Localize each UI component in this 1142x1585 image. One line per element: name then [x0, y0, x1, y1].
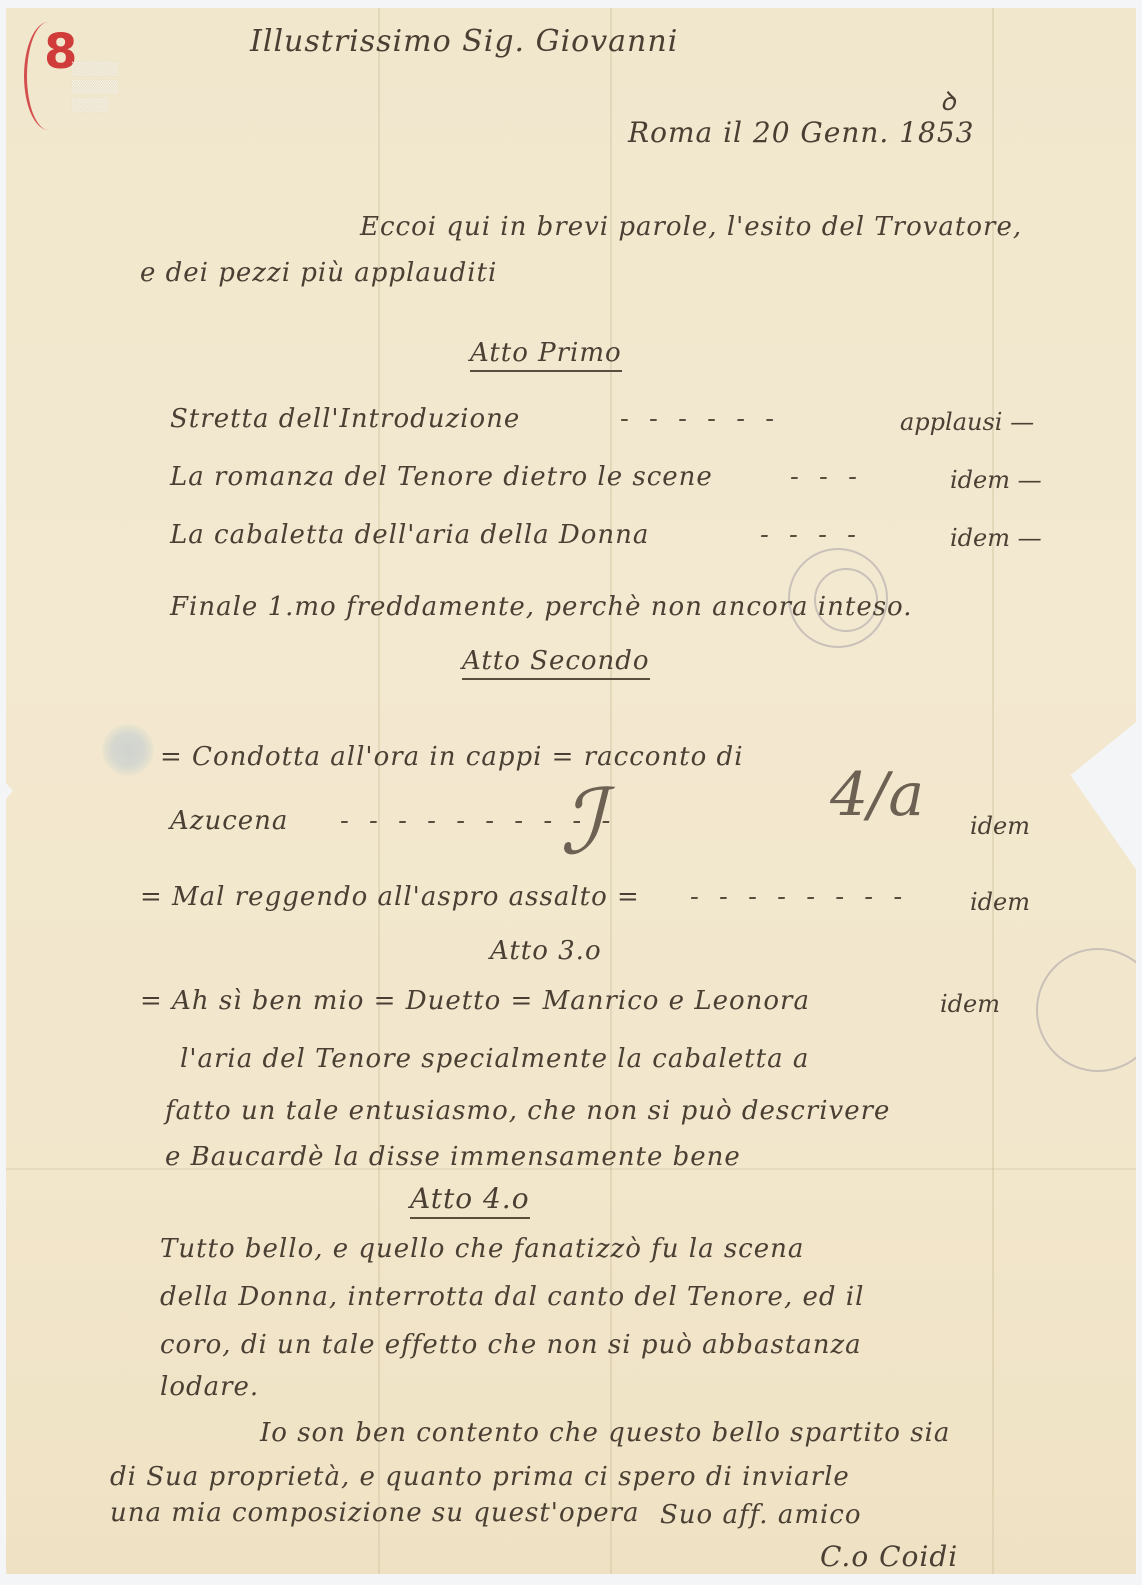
dateline-mark: ꝺ [940, 82, 957, 118]
act2-item-verdict: idem [970, 888, 1030, 916]
act4-paragraph-line: coro, di un tale effetto che non si può … [160, 1330, 862, 1360]
embossed-seal: ▒▒▒▒▒▒▒▒▒▒▒▒▒▒ [72, 60, 172, 130]
act2-item-text: = Mal reggendo all'aspro assalto = [140, 882, 640, 912]
act1-item-text: La cabaletta dell'aria della Donna [170, 520, 649, 550]
signature: C.o Coidi [820, 1540, 958, 1573]
closing-line: Io son ben contento che questo bello spa… [260, 1418, 950, 1448]
act1-item-text: Stretta dell'Introduzione [170, 404, 520, 434]
act1-item-text: La romanza del Tenore dietro le scene [170, 462, 713, 492]
closing-line: una mia composizione su quest'opera [110, 1498, 640, 1528]
dateline: Roma il 20 Genn. 1853 [628, 116, 975, 149]
act4-paragraph-line: lodare. [160, 1372, 259, 1402]
act2-item-verdict: idem [970, 812, 1030, 840]
act1-item-leader: - - - - - - [620, 404, 780, 434]
act1-item-leader: - - - [790, 462, 863, 492]
postmark-stamp [1036, 948, 1142, 1072]
act2-item-text: = Condotta all'ora in cappi = racconto d… [160, 742, 744, 772]
act3-item-text: = Ah sì ben mio = Duetto = Manrico e Leo… [140, 986, 810, 1016]
act3-paragraph-line: e Baucardè la disse immensamente bene [165, 1142, 741, 1172]
closing-line: di Sua proprietà, e quanto prima ci sper… [110, 1462, 850, 1492]
act4-paragraph-line: Tutto bello, e quello che fanatizzò fu l… [160, 1234, 804, 1264]
act-heading: Atto 3.o [490, 936, 602, 966]
margin-mark-fraction: 4/a [830, 760, 924, 830]
act1-item-text: Finale 1.mo freddamente, perchè non anco… [170, 592, 913, 622]
act-heading: Atto Secondo [462, 646, 650, 680]
act2-item-leader: - - - - - - - - [690, 882, 908, 912]
act-heading: Atto 4.o [410, 1182, 530, 1219]
act1-item-verdict: idem — [950, 466, 1042, 494]
act4-paragraph-line: della Donna, interrotta dal canto del Te… [160, 1282, 864, 1312]
intro-line: e dei pezzi più applauditi [140, 258, 497, 288]
act-heading: Atto Primo [470, 338, 622, 372]
intro-line: Eccoi qui in brevi parole, l'esito del T… [360, 212, 1022, 242]
fold-line [992, 8, 994, 1574]
act2-item-text: Azucena [170, 806, 288, 836]
act3-item-verdict: idem [940, 990, 1000, 1018]
act1-item-verdict: idem — [950, 524, 1042, 552]
valediction: Suo aff. amico [660, 1500, 862, 1530]
pinhole-mark [102, 724, 154, 776]
act3-paragraph-line: fatto un tale entusiasmo, che non si può… [165, 1096, 890, 1126]
act3-paragraph-line: l'aria del Tenore specialmente la cabale… [180, 1044, 809, 1074]
act1-item-leader: - - - - [760, 520, 862, 550]
margin-mark-large: ℐ [560, 770, 602, 875]
act1-item-verdict: applausi — [900, 408, 1034, 436]
salutation: Illustrissimo Sig. Giovanni [250, 24, 678, 59]
